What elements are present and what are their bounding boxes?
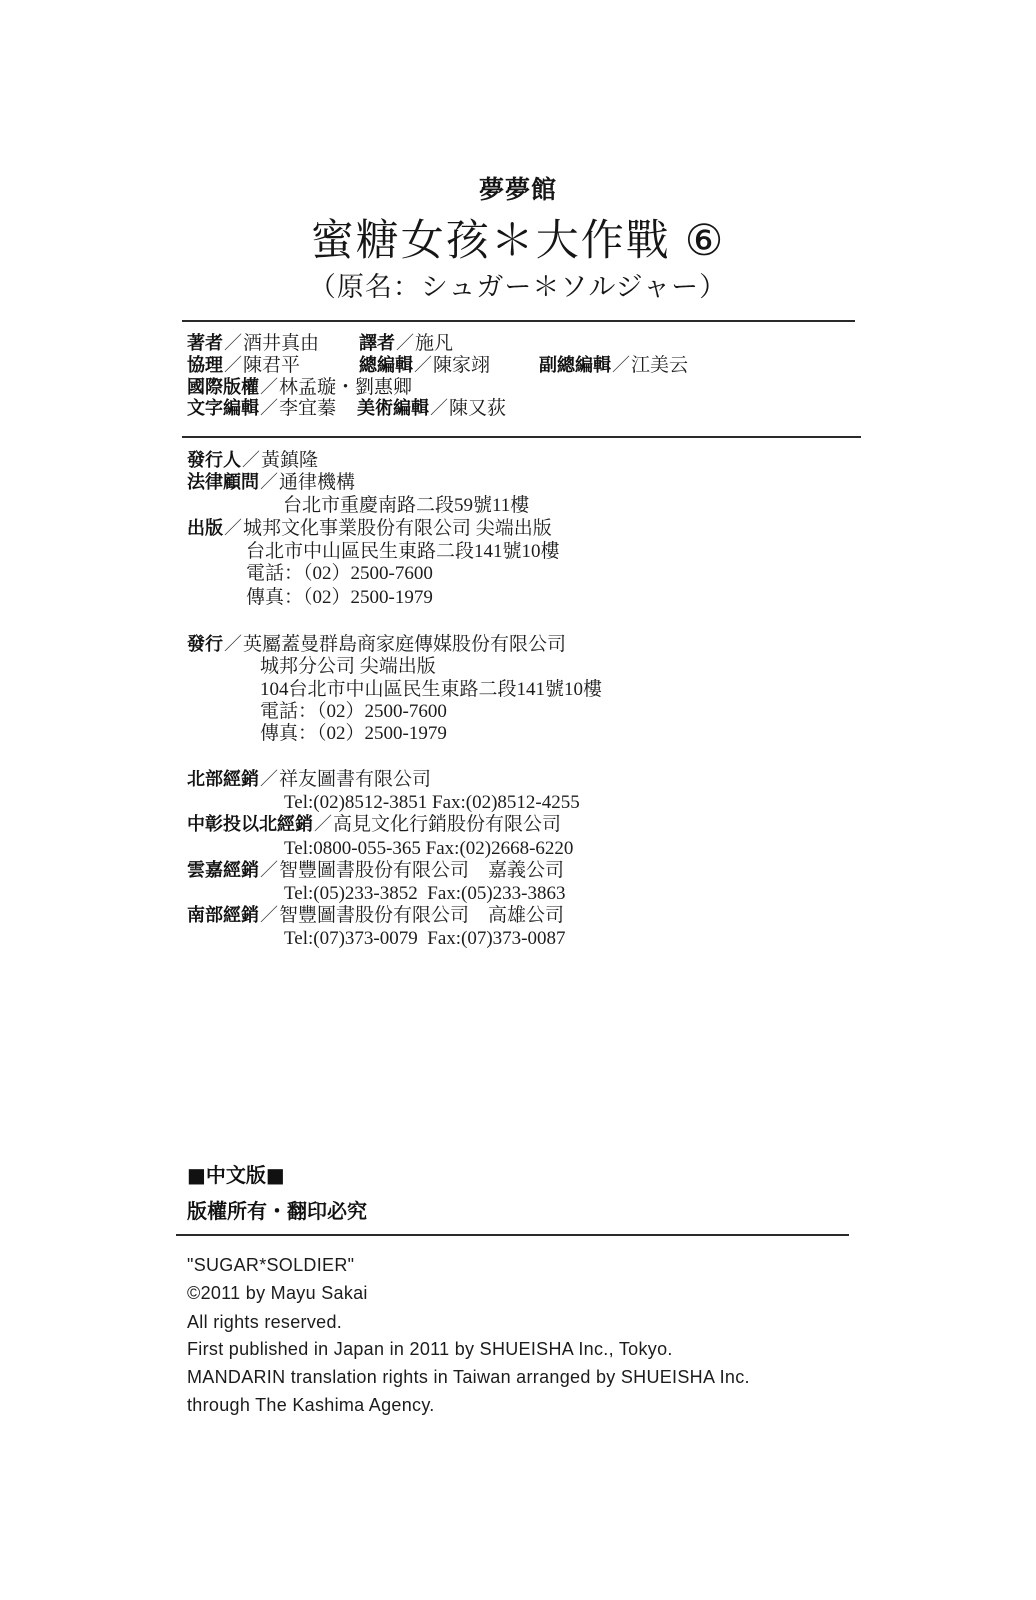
info-label: 發行 [187,634,223,655]
book-title: 蜜糖女孩＊大作戰⑥ [0,212,1036,270]
separator: ／ [396,333,414,354]
credit-label: 副總編輯 [539,355,611,376]
separator: ／ [260,905,278,926]
distribution-branch: 城邦分公司 尖端出版 [260,655,436,677]
agency-line: through The Kashima Agency. [187,1392,435,1418]
separator: ／ [224,518,242,539]
separator: ／ [260,377,278,398]
credit-label: 國際版權 [187,377,259,398]
original-title-en: "SUGAR*SOLDIER" [187,1252,354,1278]
edition-badge: ■中文版■ [187,1162,285,1188]
distribution-fax: 傳真：（02）2500-1979 [260,722,447,744]
dealer-south-contact: Tel:(07)373-0079 Fax:(07)373-0087 [284,927,566,949]
rights-reserved-line: All rights reserved. [187,1309,342,1335]
credit-art-editor: 美術編輯／陳又荻 [357,397,506,419]
credit-assistant-manager: 協理／陳君平 [187,354,300,376]
copyright-line: ©2011 by Mayu Sakai [187,1280,368,1306]
info-label: 出版 [187,518,223,539]
translation-rights-line: MANDARIN translation rights in Taiwan ar… [187,1364,750,1390]
info-label: 發行人 [187,450,241,471]
dealer-south: 南部經銷／智豐圖書股份有限公司 高雄公司 [187,904,564,926]
publisher-line: 出版／城邦文化事業股份有限公司 尖端出版 [187,517,552,539]
distribution-address: 104台北市中山區民生東路二段141號10樓 [260,678,602,700]
dealer-name: 高見文化行銷股份有限公司 [333,814,561,835]
separator: ／ [224,333,242,354]
credit-value: 陳家翊 [433,355,490,376]
credit-text-editor: 文字編輯／李宜蓁 [187,397,336,419]
credit-value: 陳君平 [243,355,300,376]
credit-author: 著者／酒井真由 [187,332,319,354]
credit-value: 江美云 [631,355,688,376]
separator: ／ [430,398,448,419]
phone-text: 電話：（02）2500-7600 [246,563,433,584]
credit-label: 文字編輯 [187,398,259,419]
credit-label: 著者 [187,333,223,354]
info-value: 城邦文化事業股份有限公司 尖端出版 [243,518,552,539]
info-value: 通律機構 [279,472,355,493]
separator: ／ [260,860,278,881]
separator: ／ [260,472,278,493]
credit-value: 李宜蓁 [279,398,336,419]
dealer-label: 雲嘉經銷 [187,860,259,881]
dealer-north: 北部經銷／祥友圖書有限公司 [187,768,431,790]
publisher-address: 台北市中山區民生東路二段141號10樓 [246,540,560,562]
contact-text: Tel:0800-055-365 Fax:(02)2668-6220 [284,838,573,859]
credit-value: 林孟璇・劉惠卿 [279,377,412,398]
credit-deputy-editor-in-chief: 副總編輯／江美云 [539,354,688,376]
branch-text: 城邦分公司 尖端出版 [260,656,436,677]
info-label: 法律顧問 [187,472,259,493]
publisher-phone: 電話：（02）2500-7600 [246,562,433,584]
divider-rule [176,1234,849,1236]
distribution-line: 發行／英屬蓋曼群島商家庭傳媒股份有限公司 [187,633,566,655]
original-title: （原名：シュガー＊ソルジャー） [0,271,1036,305]
separator: ／ [224,634,242,655]
info-value: 黃鎮隆 [261,450,318,471]
fax-text: 傳真：（02）2500-1979 [246,587,433,608]
dealer-label: 中彰投以北經銷 [187,814,313,835]
credit-label: 譯者 [359,333,395,354]
address-text: 台北市中山區民生東路二段141號10樓 [246,541,560,562]
title-text: 蜜糖女孩＊大作戰 [311,216,671,266]
dealer-name: 智豐圖書股份有限公司 高雄公司 [279,905,564,926]
separator: ／ [242,450,260,471]
publisher-fax: 傳真：（02）2500-1979 [246,586,433,608]
divider-rule [182,436,861,438]
phone-text: 電話：（02）2500-7600 [260,701,447,722]
dealer-name: 祥友圖書有限公司 [279,769,431,790]
dealer-central-contact: Tel:0800-055-365 Fax:(02)2668-6220 [284,837,573,859]
info-value: 英屬蓋曼群島商家庭傳媒股份有限公司 [243,634,566,655]
dealer-north-contact: Tel:(02)8512-3851 Fax:(02)8512-4255 [284,791,580,813]
credit-value: 酒井真由 [243,333,319,354]
issuer-line: 發行人／黃鎮隆 [187,449,318,471]
legal-counsel-line: 法律顧問／通律機構 [187,471,355,493]
dealer-label: 南部經銷 [187,905,259,926]
separator: ／ [314,814,332,835]
contact-text: Tel:(05)233-3852 Fax:(05)233-3863 [284,883,566,904]
divider-rule [182,320,855,322]
credit-translator: 譯者／施凡 [359,332,453,354]
contact-text: Tel:(02)8512-3851 Fax:(02)8512-4255 [284,792,580,813]
separator: ／ [414,355,432,376]
credit-label: 協理 [187,355,223,376]
dealer-label: 北部經銷 [187,769,259,790]
legal-counsel-address: 台北市重慶南路二段59號11樓 [283,494,529,516]
separator: ／ [612,355,630,376]
dealer-central: 中彰投以北經銷／高見文化行銷股份有限公司 [187,813,561,835]
copyright-page: 夢夢館 蜜糖女孩＊大作戰⑥ （原名：シュガー＊ソルジャー） 著者／酒井真由 譯者… [0,0,1036,1600]
copyright-notice: 版權所有・翻印必究 [187,1198,367,1224]
address-text: 台北市重慶南路二段59號11樓 [283,495,529,516]
credit-editor-in-chief: 總編輯／陳家翊 [359,354,490,376]
separator: ／ [260,769,278,790]
volume-number: ⑥ [685,216,726,266]
credit-label: 總編輯 [359,355,413,376]
separator: ／ [224,355,242,376]
dealer-name: 智豐圖書股份有限公司 嘉義公司 [279,860,564,881]
credit-international-rights: 國際版權／林孟璇・劉惠卿 [187,376,412,398]
address-text: 104台北市中山區民生東路二段141號10樓 [260,679,602,700]
distribution-phone: 電話：（02）2500-7600 [260,700,447,722]
separator: ／ [260,398,278,419]
contact-text: Tel:(07)373-0079 Fax:(07)373-0087 [284,928,566,949]
dealer-yunchia-contact: Tel:(05)233-3852 Fax:(05)233-3863 [284,882,566,904]
dealer-yunchia: 雲嘉經銷／智豐圖書股份有限公司 嘉義公司 [187,859,564,881]
fax-text: 傳真：（02）2500-1979 [260,723,447,744]
imprint-name: 夢夢館 [0,175,1036,205]
credit-value: 施凡 [415,333,453,354]
credit-value: 陳又荻 [449,398,506,419]
credit-label: 美術編輯 [357,398,429,419]
first-published-line: First published in Japan in 2011 by SHUE… [187,1336,673,1362]
